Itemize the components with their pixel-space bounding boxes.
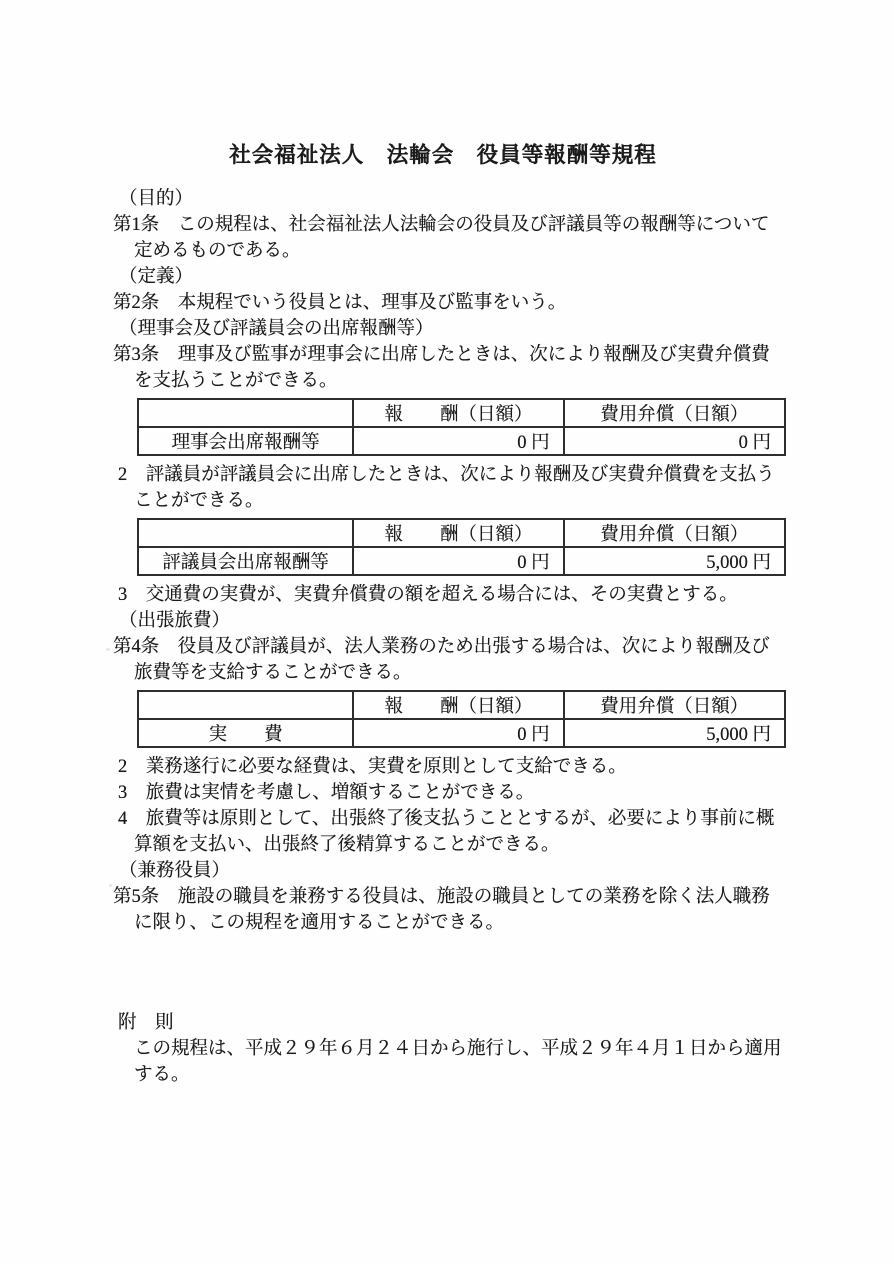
table-header-remuneration: 報 酬（日額） (353, 519, 563, 547)
heading-concurrent-officers: （兼務役員） (113, 858, 813, 884)
board-remuneration-amount: 0 円 (353, 427, 563, 455)
table-header-blank-cell (138, 399, 353, 427)
heading-attendance-fees: （理事会及び評議員会の出席報酬等） (113, 316, 813, 342)
table-row: 理事会出席報酬等 0 円 0 円 (138, 427, 785, 455)
heading-business-trip: （出張旅費） (113, 608, 813, 634)
trip-expense-compensation-table: 報 酬（日額） 費用弁償（日額） 実 費 0 円 5,000 円 (137, 690, 786, 748)
table-header-expense: 費用弁償（日額） (564, 691, 785, 719)
table-header-row: 報 酬（日額） 費用弁償（日額） (138, 691, 785, 719)
supplementary-provisions-line-1: この規程は、平成２９年６月２４日から施行し、平成２９年４月１日から適用 (113, 1036, 813, 1062)
table-header-blank-cell (138, 691, 353, 719)
article-4-line-2: 旅費等を支給することができる。 (113, 660, 813, 686)
section-gap (113, 936, 813, 1010)
scan-artifact (106, 648, 110, 651)
trip-remuneration-amount: 0 円 (353, 719, 563, 747)
heading-purpose: （目的） (113, 186, 813, 212)
councilor-remuneration-amount: 0 円 (353, 547, 563, 575)
document-title: 社会福祉法人 法輪会 役員等報酬等規程 (113, 138, 773, 169)
article-4-item-4-line-2: 算額を支払い、出張終了後精算することができる。 (113, 832, 813, 858)
article-3-item-2-line-1: 2 評議員が評議員会に出席したときは、次により報酬及び実費弁償費を支払う (113, 462, 813, 488)
table-row: 実 費 0 円 5,000 円 (138, 719, 785, 747)
article-2-line-1: 第2条 本規程でいう役員とは、理事及び監事をいう。 (113, 290, 813, 316)
article-4-line-1: 第4条 役員及び評議員が、法人業務のため出張する場合は、次により報酬及び (113, 634, 813, 660)
row-label-actual-cost: 実 費 (138, 719, 353, 747)
table-header-row: 報 酬（日額） 費用弁償（日額） (138, 399, 785, 427)
article-4-item-2: 2 業務遂行に必要な経費は、実費を原則として支給できる。 (113, 754, 813, 780)
article-3-line-2: を支払うことができる。 (113, 368, 813, 394)
councilor-attendance-compensation-table: 報 酬（日額） 費用弁償（日額） 評議員会出席報酬等 0 円 5,000 円 (137, 518, 786, 576)
row-label-board-attendance: 理事会出席報酬等 (138, 427, 353, 455)
table-header-expense: 費用弁償（日額） (564, 399, 785, 427)
board-attendance-compensation-table: 報 酬（日額） 費用弁償（日額） 理事会出席報酬等 0 円 0 円 (137, 398, 786, 456)
article-3-item-2-line-2: ことができる。 (113, 488, 813, 514)
table-header-blank-cell (138, 519, 353, 547)
article-5-line-2: に限り、この規程を適用することができる。 (113, 910, 813, 936)
scanned-document-page: 社会福祉法人 法輪会 役員等報酬等規程 （目的） 第1条 この規程は、社会福祉法… (0, 0, 894, 1264)
supplementary-provisions-line-2: する。 (113, 1062, 813, 1088)
table-header-expense: 費用弁償（日額） (564, 519, 785, 547)
table-header-row: 報 酬（日額） 費用弁償（日額） (138, 519, 785, 547)
document-content: 社会福祉法人 法輪会 役員等報酬等規程 （目的） 第1条 この規程は、社会福祉法… (113, 138, 813, 1088)
table-row: 評議員会出席報酬等 0 円 5,000 円 (138, 547, 785, 575)
scan-artifact (109, 884, 112, 887)
table-header-remuneration: 報 酬（日額） (353, 399, 563, 427)
board-expense-amount: 0 円 (564, 427, 785, 455)
supplementary-provisions-heading: 附 則 (113, 1010, 813, 1036)
article-4-item-3: 3 旅費は実情を考慮し、増額することができる。 (113, 780, 813, 806)
article-1-line-1: 第1条 この規程は、社会福祉法人法輪会の役員及び評議員等の報酬等について (113, 212, 813, 238)
article-3-item-3: 3 交通費の実費が、実費弁償費の額を超える場合には、その実費とする。 (113, 582, 813, 608)
row-label-councilor-attendance: 評議員会出席報酬等 (138, 547, 353, 575)
trip-expense-amount: 5,000 円 (564, 719, 785, 747)
councilor-expense-amount: 5,000 円 (564, 547, 785, 575)
table-header-remuneration: 報 酬（日額） (353, 691, 563, 719)
article-3-line-1: 第3条 理事及び監事が理事会に出席したときは、次により報酬及び実費弁償費 (113, 342, 813, 368)
article-1-line-2: 定めるものである。 (113, 238, 813, 264)
article-4-item-4-line-1: 4 旅費等は原則として、出張終了後支払うこととするが、必要により事前に概 (113, 806, 813, 832)
heading-definition: （定義） (113, 264, 813, 290)
article-5-line-1: 第5条 施設の職員を兼務する役員は、施設の職員としての業務を除く法人職務 (113, 884, 813, 910)
